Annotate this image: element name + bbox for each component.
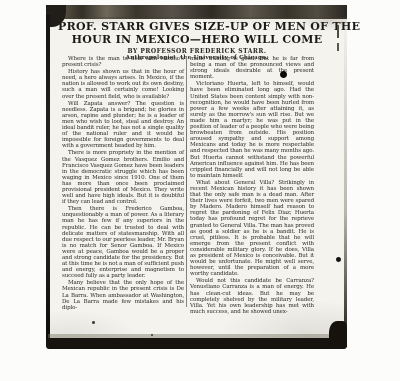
headline-block: PROF. STARR GIVES SIZE-UP OF MEN OF THE … bbox=[58, 21, 336, 61]
paragraph: Will Zapata answer? The question is need… bbox=[62, 101, 184, 150]
article-column-left: Where is the man to deal with Mexico's p… bbox=[62, 56, 184, 312]
dark-bottom-right-corner bbox=[329, 321, 347, 347]
dark-left-edge bbox=[46, 15, 50, 345]
right-edge-shadow bbox=[344, 17, 347, 339]
paragraph: Where is the man to deal with Mexico's p… bbox=[62, 56, 184, 68]
paragraph: Then there is Frederico Gamboa, unquesti… bbox=[62, 206, 184, 279]
paragraph: Victoriano Huerta, left to himself, woul… bbox=[190, 81, 314, 179]
dark-bottom-edge bbox=[46, 338, 347, 349]
ink-spot bbox=[280, 71, 287, 78]
headline-line-2: HOUR IN MEXICO—HERO WILL COME bbox=[58, 34, 336, 47]
byline: BY PROFESSOR FREDERICK STARR. bbox=[58, 48, 336, 55]
paragraph-continuation: matic training is good. But he is far fr… bbox=[190, 56, 314, 80]
torn-top-edge bbox=[46, 5, 347, 19]
paragraph: What about General Villa? Strikingly in … bbox=[190, 180, 314, 278]
paragraph: Would not this candidate be Carranza? Ve… bbox=[190, 278, 314, 315]
paragraph: History has shown us that in the hour of… bbox=[62, 69, 184, 99]
column-rule-fragment bbox=[337, 43, 339, 51]
ink-speck bbox=[151, 334, 153, 336]
paragraph: Many believe that the only hope of the M… bbox=[62, 280, 184, 310]
article-column-right: matic training is good. But he is far fr… bbox=[190, 56, 314, 316]
headline-line-1: PROF. STARR GIVES SIZE-UP OF MEN OF THE bbox=[58, 21, 336, 34]
column-divider-rule bbox=[186, 57, 187, 307]
column-rule-fragment bbox=[337, 25, 339, 38]
ink-spot bbox=[336, 257, 341, 262]
paragraph: There is more propriety in the mention o… bbox=[62, 150, 184, 205]
ink-speck bbox=[92, 321, 95, 324]
